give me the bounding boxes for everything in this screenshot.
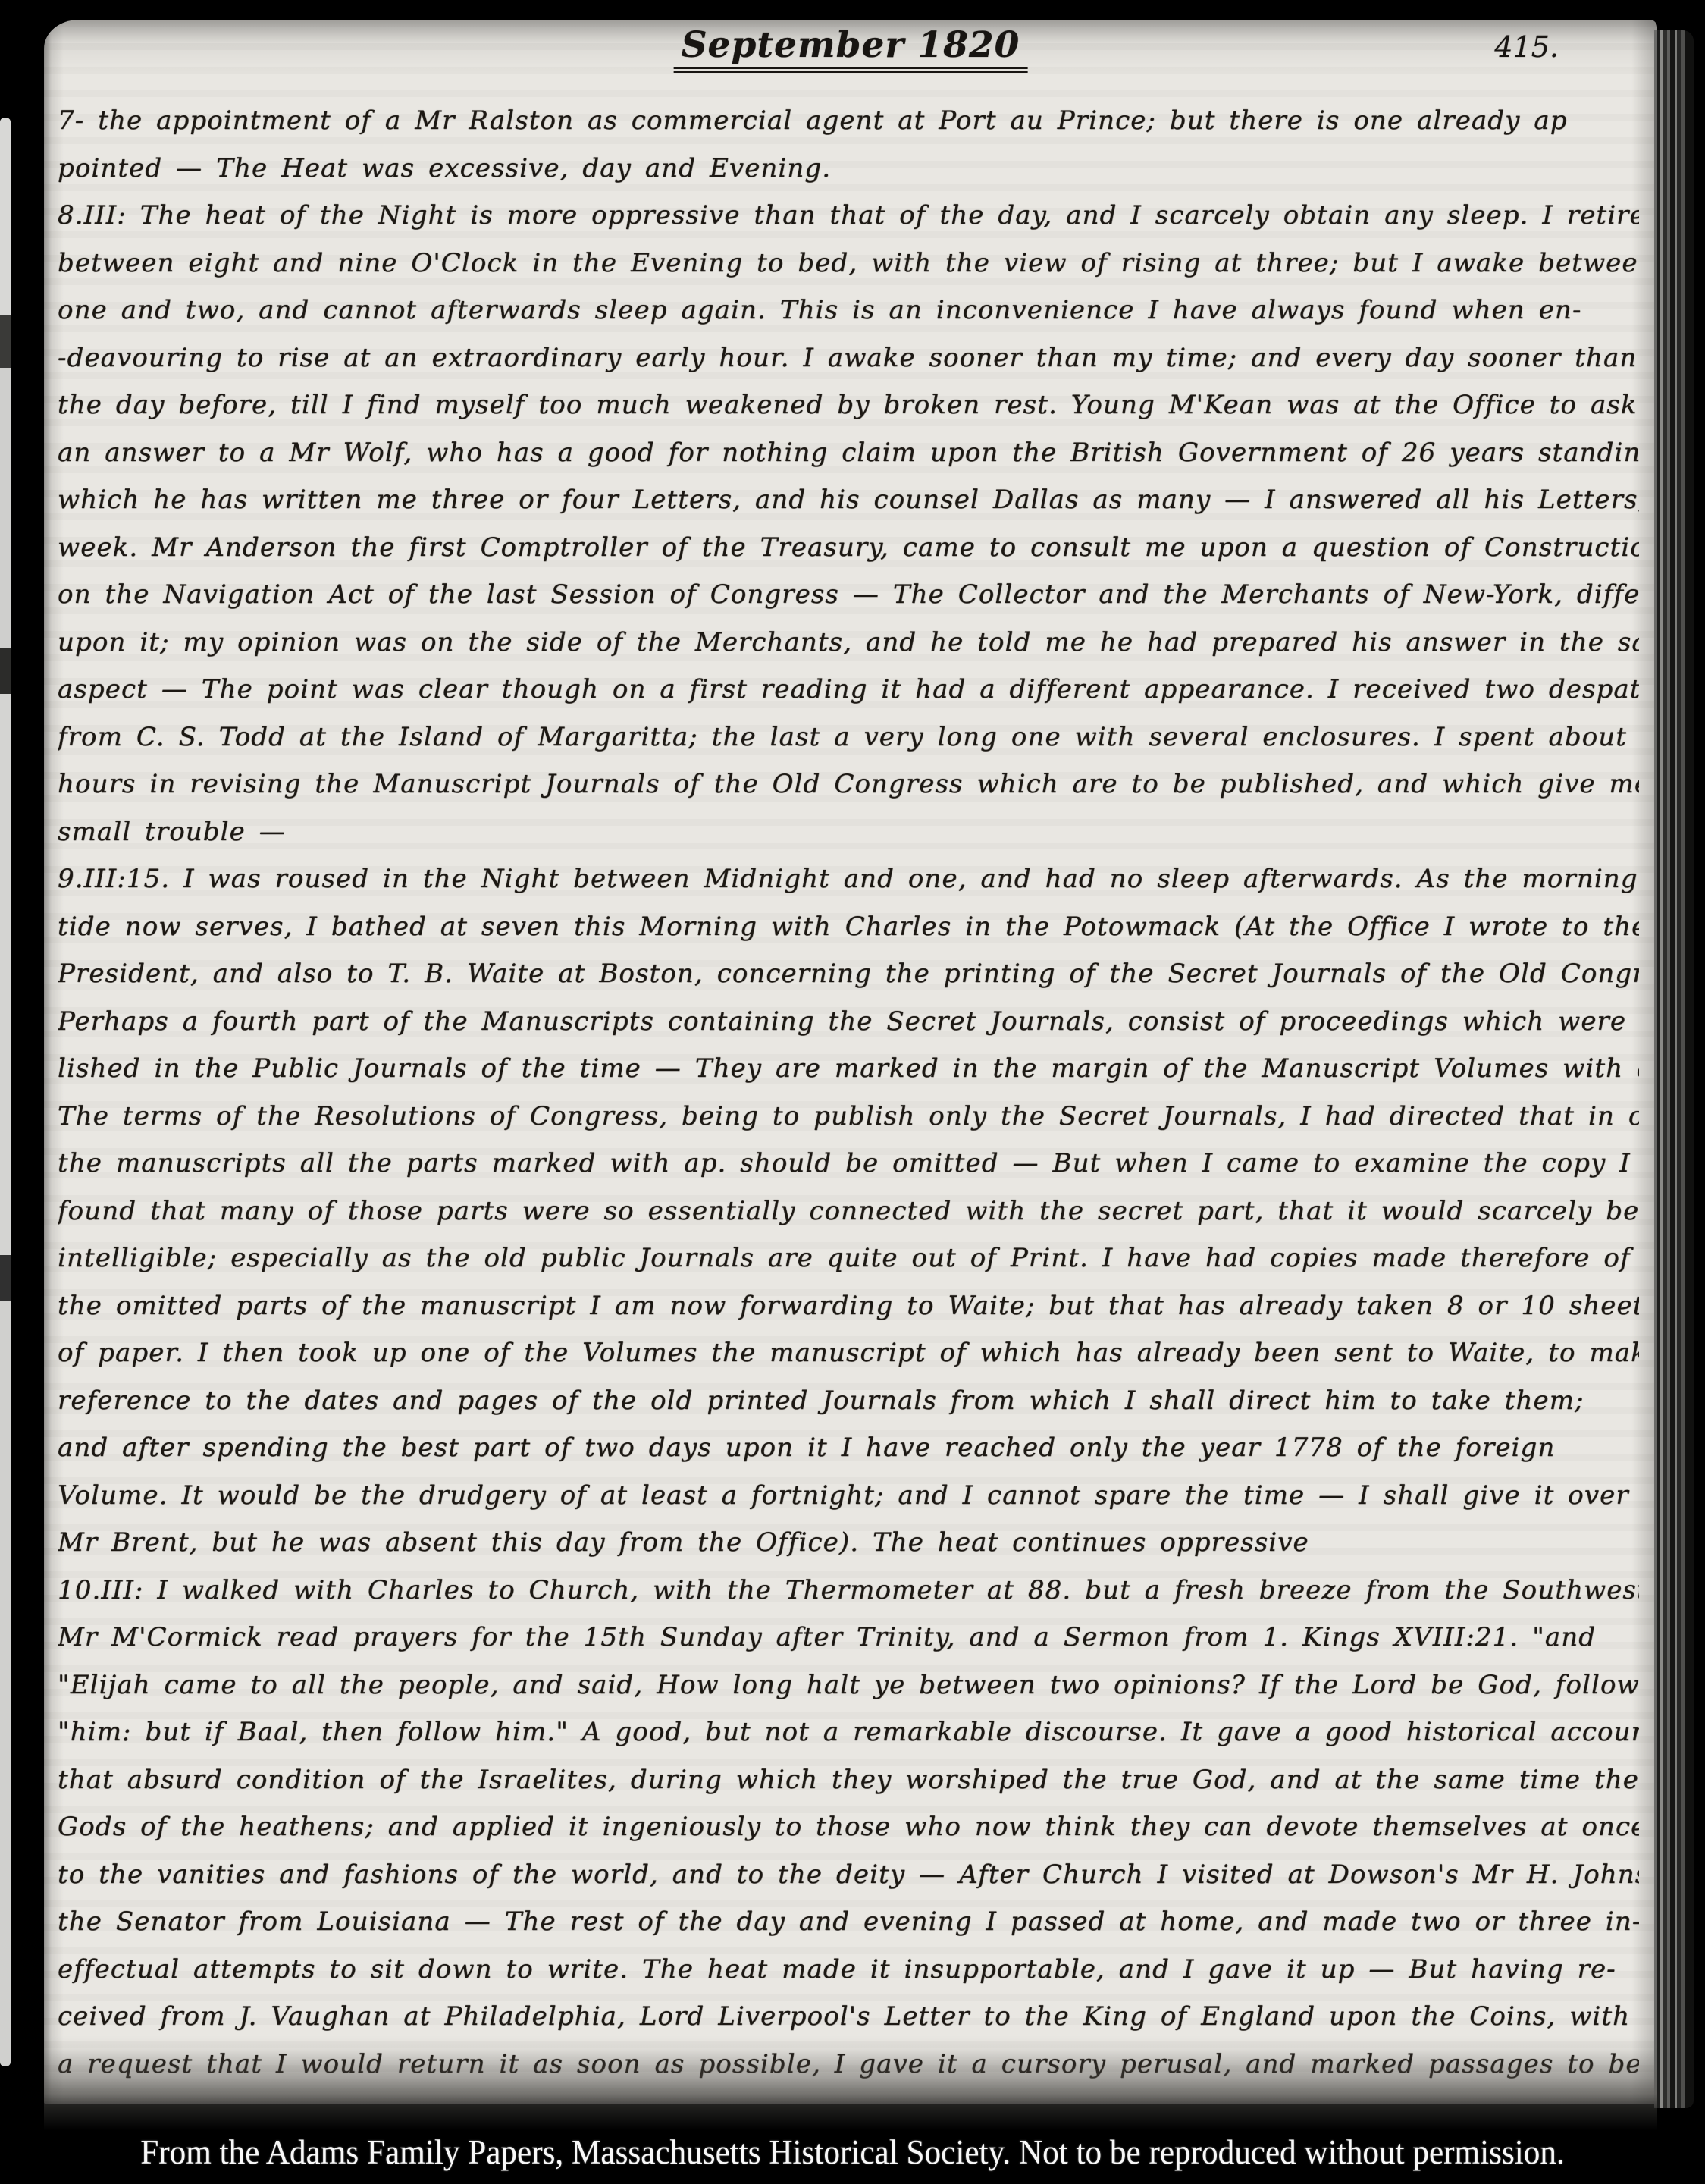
manuscript-line: that absurd condition of the Israelites,… bbox=[58, 1756, 1639, 1804]
manuscript-line: 9.III:15. I was roused in the Night betw… bbox=[58, 855, 1639, 903]
manuscript-line: aspect — The point was clear though on a… bbox=[58, 666, 1639, 714]
manuscript-line: Gods of the heathens; and applied it ing… bbox=[58, 1803, 1639, 1851]
manuscript-line: Mr Brent, but he was absent this day fro… bbox=[58, 1519, 1639, 1567]
manuscript-line: between eight and nine O'Clock in the Ev… bbox=[58, 240, 1639, 287]
manuscript-line: of paper. I then took up one of the Volu… bbox=[58, 1329, 1639, 1377]
manuscript-page: September 1820 415. 7- the appointment o… bbox=[44, 20, 1657, 2104]
book-fore-edge bbox=[1654, 30, 1694, 2108]
manuscript-line: intelligible; especially as the old publ… bbox=[58, 1235, 1639, 1282]
manuscript-line: Mr M'Cormick read prayers for the 15th S… bbox=[58, 1614, 1639, 1662]
manuscript-line: The terms of the Resolutions of Congress… bbox=[58, 1093, 1639, 1141]
book-spine-edge bbox=[0, 118, 11, 2066]
manuscript-line: from C. S. Todd at the Island of Margari… bbox=[58, 714, 1639, 761]
manuscript-line: "him: but if Baal, then follow him." A g… bbox=[58, 1709, 1639, 1756]
manuscript-line: on the Navigation Act of the last Sessio… bbox=[58, 571, 1639, 619]
page-header-date: September 1820 bbox=[674, 24, 1028, 73]
manuscript-line: one and two, and cannot afterwards sleep… bbox=[58, 287, 1639, 334]
manuscript-line: the Senator from Louisiana — The rest of… bbox=[58, 1898, 1639, 1946]
manuscript-line: 8.III: The heat of the Night is more opp… bbox=[58, 192, 1639, 240]
manuscript-line: the day before, till I find myself too m… bbox=[58, 381, 1639, 429]
manuscript-line: 7- the appointment of a Mr Ralston as co… bbox=[58, 97, 1639, 145]
manuscript-line: pointed — The Heat was excessive, day an… bbox=[58, 145, 1639, 193]
manuscript-line: 10.III: I walked with Charles to Church,… bbox=[58, 1567, 1639, 1614]
manuscript-line: week. Mr Anderson the first Comptroller … bbox=[58, 524, 1639, 572]
manuscript-line: which he has written me three or four Le… bbox=[58, 476, 1639, 524]
manuscript-line: and after spending the best part of two … bbox=[58, 1424, 1639, 1472]
manuscript-line: President, and also to T. B. Waite at Bo… bbox=[58, 950, 1639, 998]
page-bottom-shadow bbox=[44, 2047, 1657, 2131]
manuscript-line: reference to the dates and pages of the … bbox=[58, 1377, 1639, 1425]
manuscript-line: the manuscripts all the parts marked wit… bbox=[58, 1140, 1639, 1188]
manuscript-line: to the vanities and fashions of the worl… bbox=[58, 1851, 1639, 1899]
manuscript-line: hours in revising the Manuscript Journal… bbox=[58, 761, 1639, 808]
manuscript-line: Perhaps a fourth part of the Manuscripts… bbox=[58, 998, 1639, 1046]
manuscript-line: -deavouring to rise at an extraordinary … bbox=[58, 334, 1639, 382]
manuscript-line: upon it; my opinion was on the side of t… bbox=[58, 619, 1639, 667]
page-number: 415. bbox=[1494, 30, 1559, 64]
manuscript-text: 7- the appointment of a Mr Ralston as co… bbox=[58, 97, 1639, 2088]
manuscript-line: an answer to a Mr Wolf, who has a good f… bbox=[58, 429, 1639, 477]
manuscript-line: effectual attempts to sit down to write.… bbox=[58, 1946, 1639, 1994]
manuscript-line: ceived from J. Vaughan at Philadelphia, … bbox=[58, 1993, 1639, 2041]
manuscript-line: tide now serves, I bathed at seven this … bbox=[58, 903, 1639, 951]
manuscript-line: the omitted parts of the manuscript I am… bbox=[58, 1282, 1639, 1330]
manuscript-line: lished in the Public Journals of the tim… bbox=[58, 1045, 1639, 1093]
manuscript-line: Volume. It would be the drudgery of at l… bbox=[58, 1472, 1639, 1520]
manuscript-line: small trouble — bbox=[58, 808, 1639, 856]
manuscript-line: found that many of those parts were so e… bbox=[58, 1188, 1639, 1235]
credit-caption: From the Adams Family Papers, Massachuse… bbox=[34, 2132, 1671, 2172]
manuscript-line: "Elijah came to all the people, and said… bbox=[58, 1662, 1639, 1709]
book-scan: September 1820 415. 7- the appointment o… bbox=[0, 0, 1705, 2184]
